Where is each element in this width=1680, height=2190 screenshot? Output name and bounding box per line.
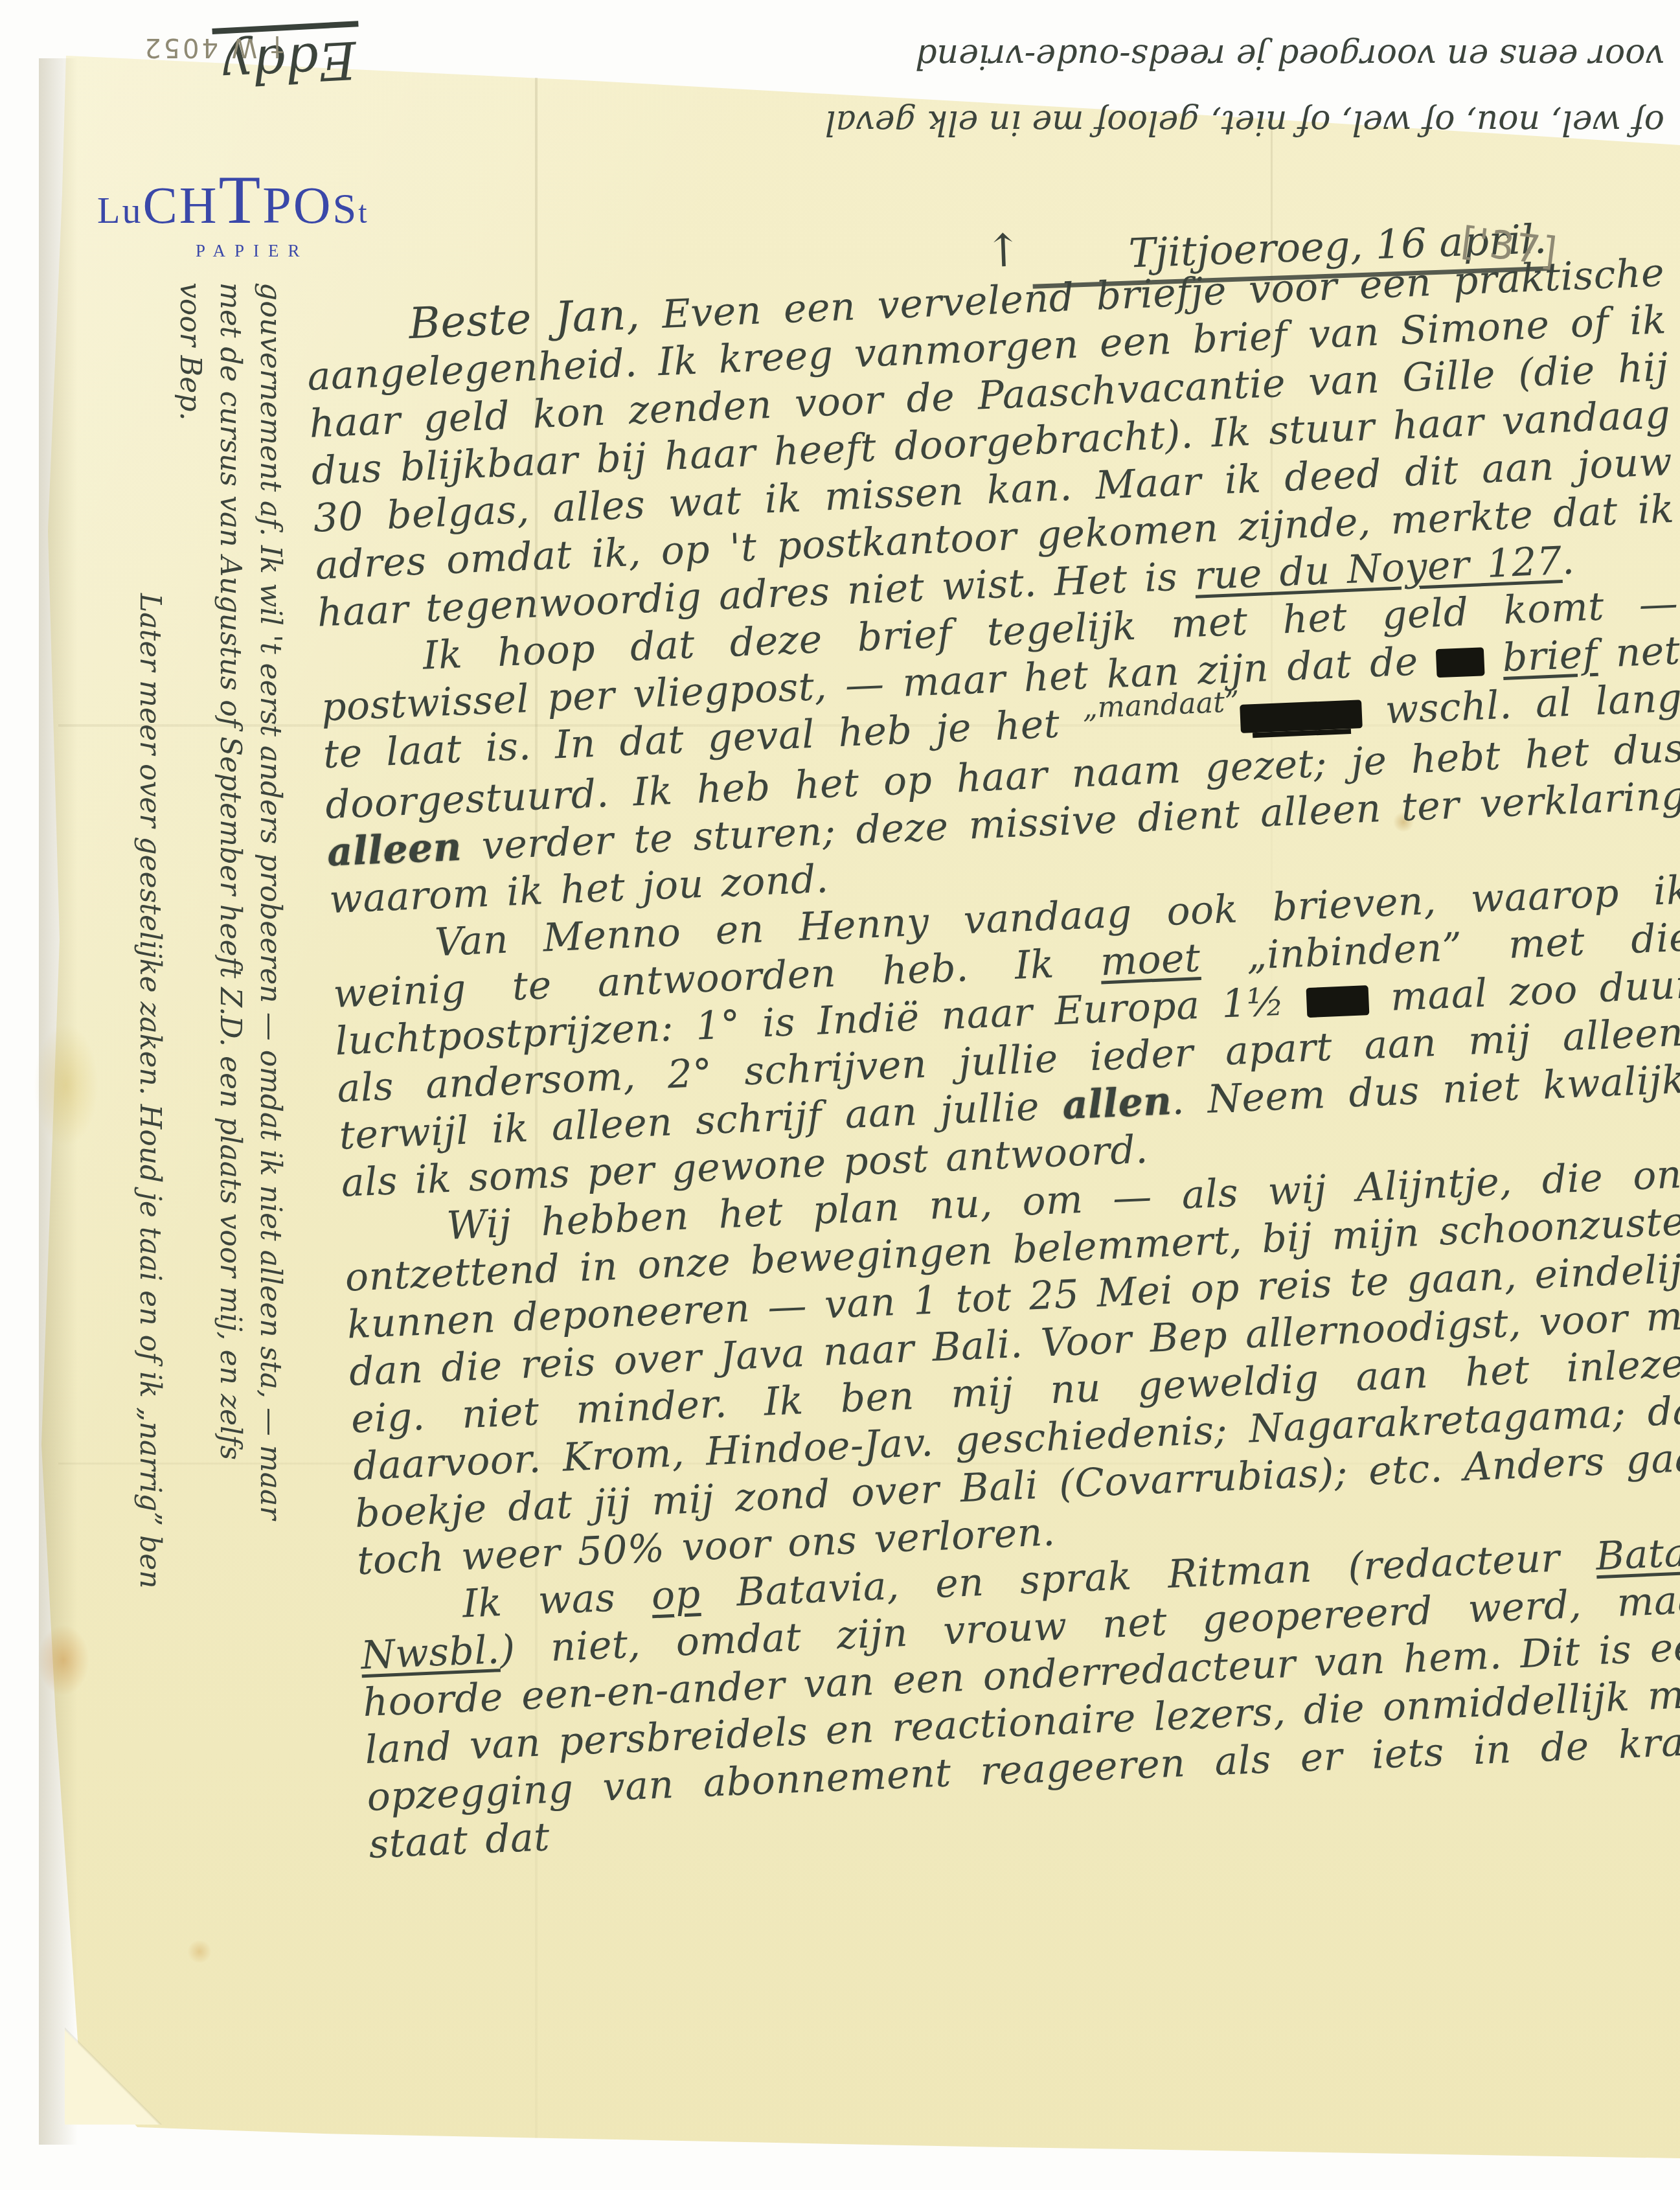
paragraph-2: Ik hoop dat deze brief tegelijk met het … — [319, 580, 1680, 924]
letterhead-papier: PAPIER — [196, 241, 369, 261]
letter-body: Beste Jan, Even een vervelend briefje vo… — [304, 247, 1680, 1869]
letter-scan: of wel, nou, of wel, of niet, geloof me … — [0, 0, 1680, 2190]
letterhead-segment: t — [358, 196, 369, 230]
closing-line-1: of wel, nou, of wel, of niet, geloof me … — [214, 93, 1664, 152]
word-moet-underlined: moet — [1100, 935, 1201, 985]
margin-note-line-2: met de cursus van Augustus of September … — [210, 282, 250, 2135]
ink-blot — [1436, 647, 1485, 678]
paragraph-3: Van Menno en Henny vandaag ook brieven, … — [330, 867, 1680, 1207]
margin-note-line-1: gouvernement af. Ik wil 't eerst anders … — [250, 282, 290, 2135]
margin-note-line-3: voor Bep. — [170, 282, 210, 2135]
letterhead: LuCHTPOSt PAPIER — [97, 161, 369, 261]
insertion-arrow: ↑ — [983, 223, 1023, 278]
left-margin-notes: gouvernement af. Ik wil 't eerst anders … — [130, 282, 290, 2135]
letterhead-segment: T — [219, 162, 263, 238]
letterhead-luchtpost: LuCHTPOSt — [97, 161, 369, 240]
letterhead-segment: S — [333, 185, 359, 233]
overwritten-word-allen: allen — [1061, 1078, 1173, 1128]
paragraph-1-end: . — [1561, 538, 1575, 584]
paper-stain — [38, 1625, 89, 1696]
paragraph-1: Beste Jan, Even een vervelend briefje vo… — [304, 247, 1677, 637]
paragraph-5-text: Ik was — [462, 1573, 653, 1626]
overwritten-word-alleen: alleen — [326, 825, 462, 876]
letterhead-segment: Lu — [97, 189, 142, 231]
closing-line-2-text: voor eens en voorgoed je reeds-oude-vrie… — [915, 27, 1664, 86]
closing-line-2: voor eens en voorgoed je reeds-oude-vrie… — [214, 25, 1664, 93]
ink-blot — [1306, 985, 1370, 1018]
upside-down-closing: of wel, nou, of wel, of niet, geloof me … — [214, 25, 1664, 152]
crossed-out-word — [1240, 700, 1363, 733]
paragraph-4: Wij hebben het plan nu, om — als wij Ali… — [342, 1150, 1680, 1585]
margin-note-line-4: Later meer over geestelijke zaken. Houd … — [130, 282, 170, 2135]
paragraph-5: Ik was op Batavia, en sprak Ritman (reda… — [358, 1528, 1680, 1869]
pencil-inventory-number: † W 4052 — [115, 32, 284, 62]
word-op-underlined: op — [650, 1571, 701, 1619]
word-brief-underlined: brief — [1502, 632, 1598, 681]
paper-stain — [34, 1023, 98, 1146]
salutation: Beste Jan, — [408, 289, 641, 348]
letterhead-segment: PO — [262, 177, 332, 234]
letterhead-segment: CH — [142, 177, 218, 234]
inserted-word-mandaat: „mandaat” — [1082, 686, 1240, 725]
